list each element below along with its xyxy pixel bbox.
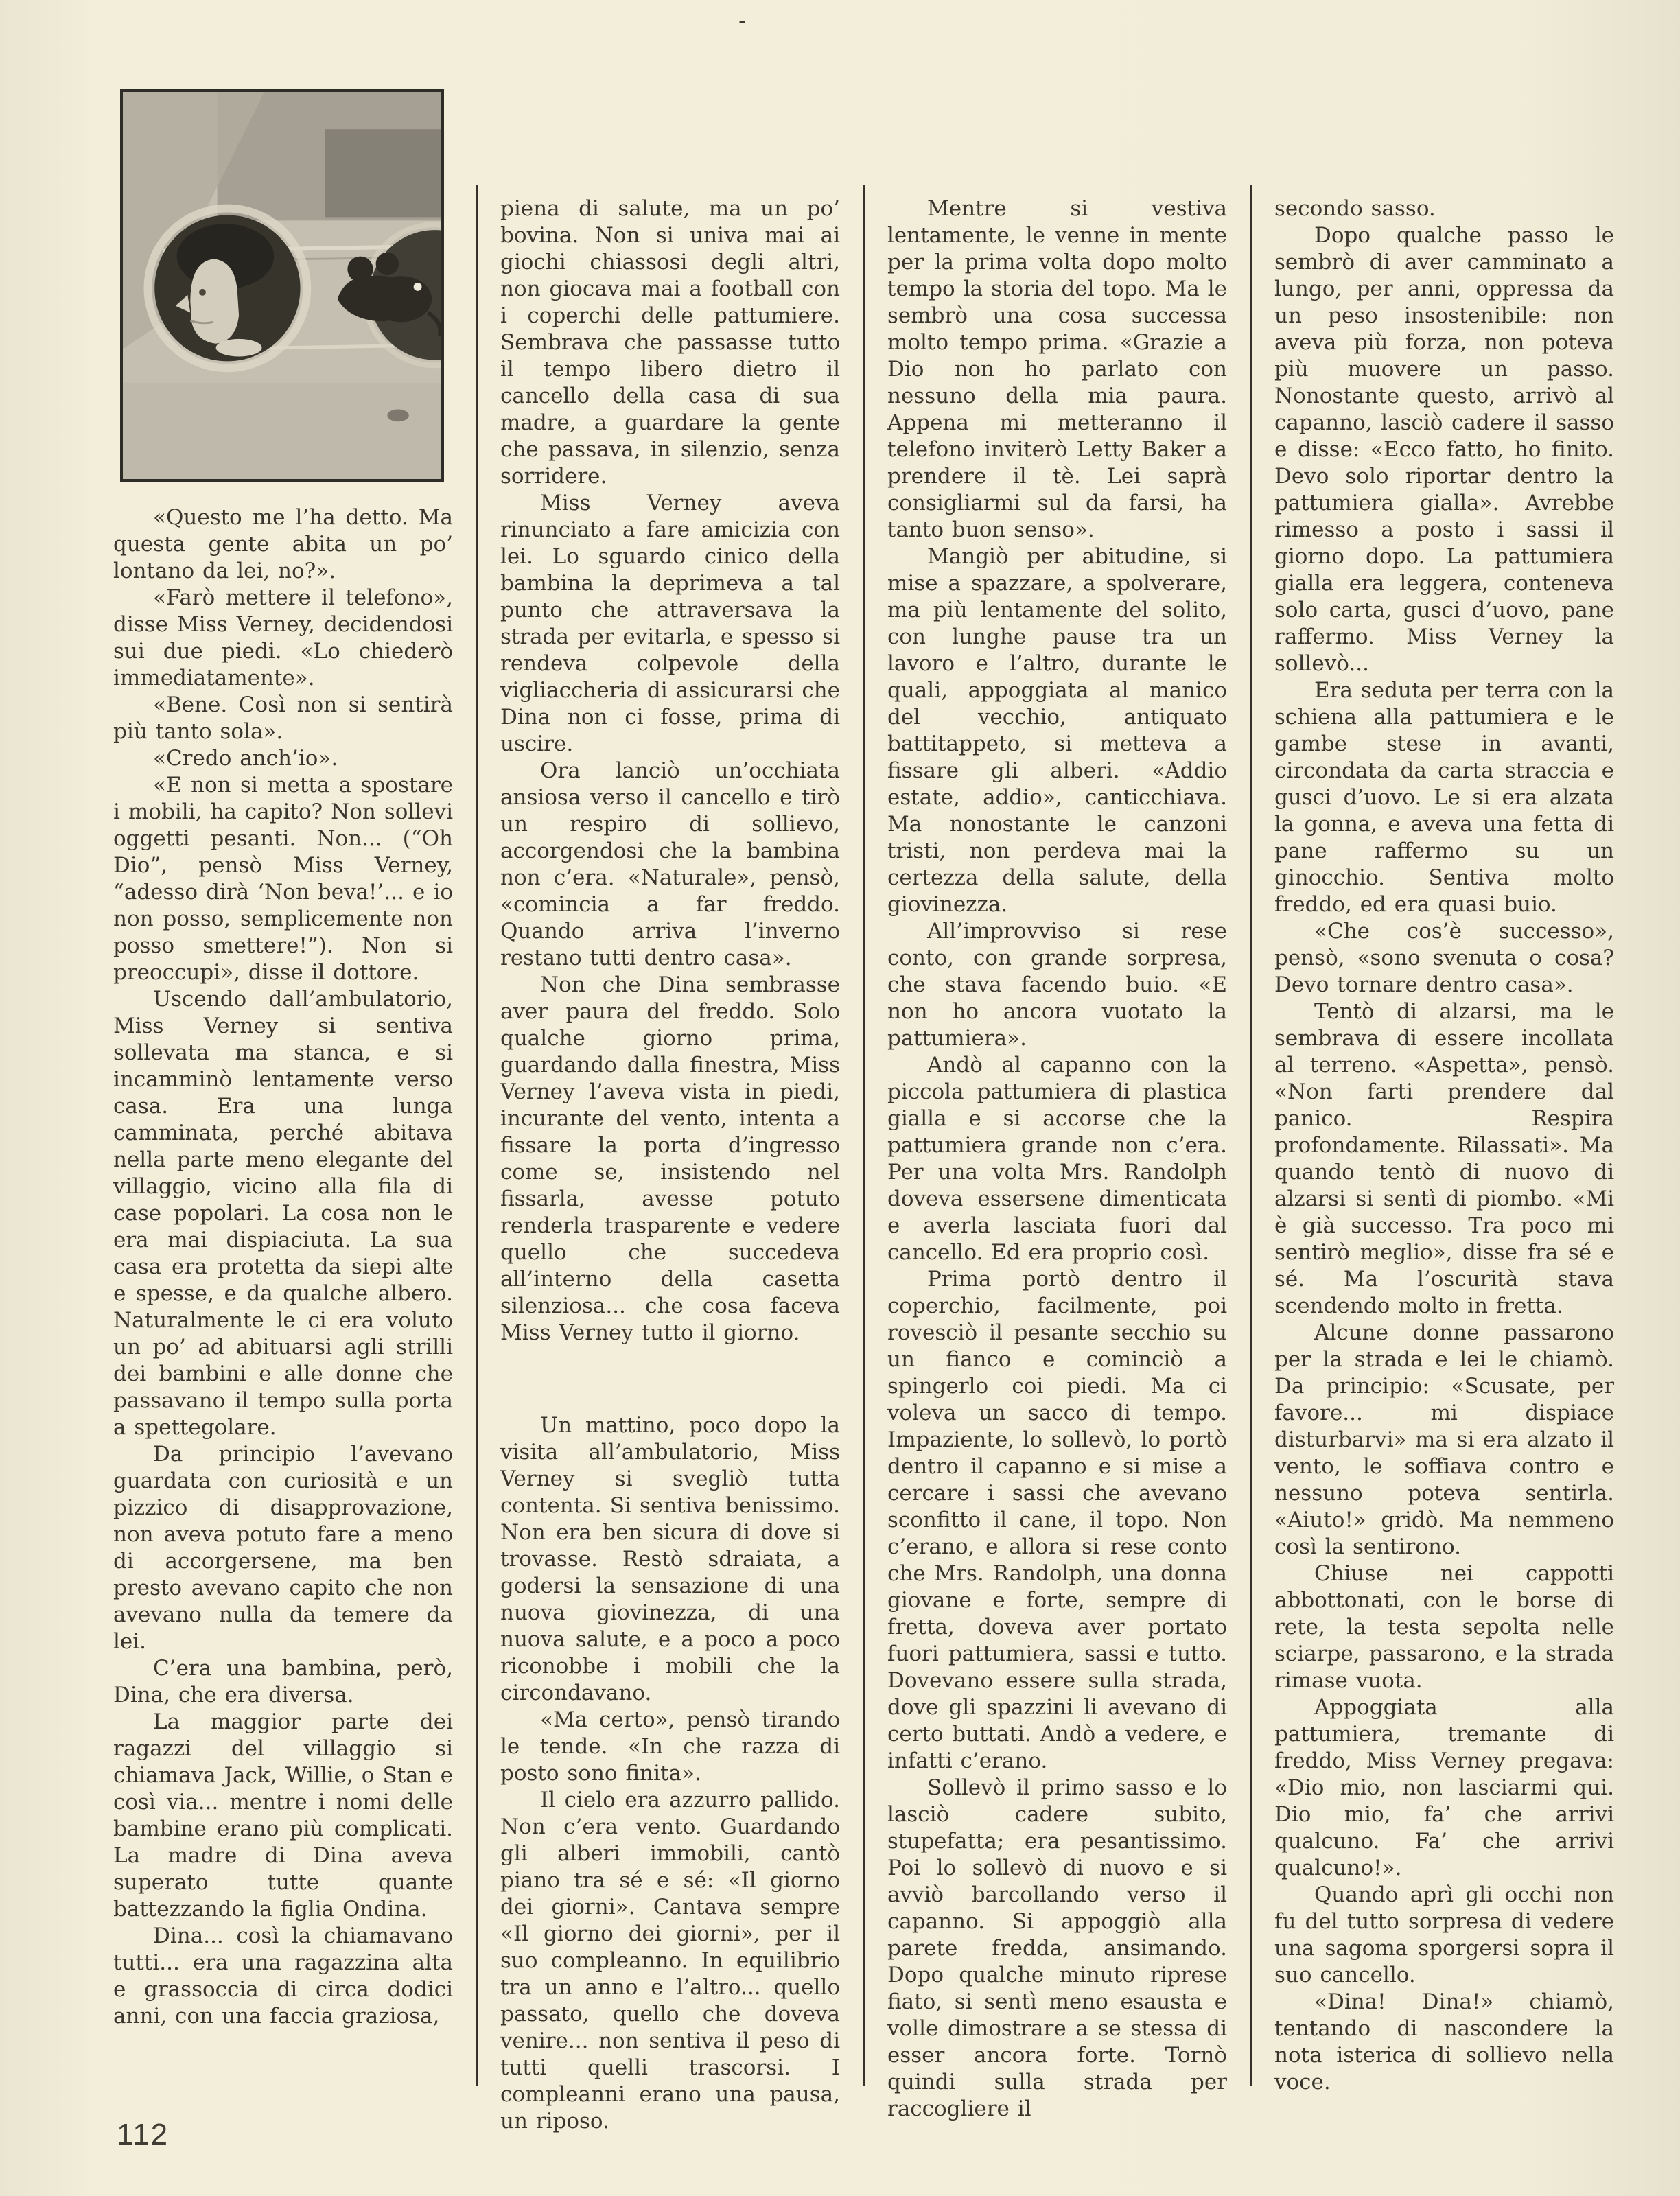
paragraph: Dina... così la chiamavano tutti... era … [113,1923,453,2030]
paragraph: Da principio l’avevano guardata con curi… [113,1441,453,1655]
text-column-3: Mentre si vestiva lentamente, le venne i… [887,196,1227,2123]
paragraph: Miss Verney aveva rinunciato a fare amic… [500,490,840,758]
paragraph: Tentò di alzarsi, ma le sembrava di esse… [1274,998,1614,1320]
text-column-1: «Questo me l’ha detto. Ma questa gente a… [113,504,453,2030]
paragraph: «Credo anch’io». [113,745,453,772]
paragraph: «Farò mettere il telefono», disse Miss V… [113,585,453,692]
magazine-page: - [0,0,1680,2196]
paragraph: Uscendo dall’ambulatorio, Miss Verney si… [113,986,453,1441]
paragraph: «Questo me l’ha detto. Ma questa gente a… [113,504,453,585]
paragraph: «E non si metta a spostare i mobili, ha … [113,772,453,986]
paragraph: Quando aprì gli occhi non fu del tutto s… [1274,1882,1614,1989]
paragraph: Il cielo era azzurro pallido. Non c’era … [500,1787,840,2135]
paragraph: «Che cos’è successo», pensò, «sono svenu… [1274,918,1614,998]
paragraph: Appoggiata alla pattumiera, tremante di … [1274,1694,1614,1882]
paragraph: Mentre si vestiva lentamente, le venne i… [887,196,1227,544]
paragraph: secondo sasso. [1274,196,1614,222]
text-column-4: secondo sasso.Dopo qualche passo le semb… [1274,196,1614,2096]
column-divider-3 [1250,185,1252,2086]
paragraph: Dopo qualche passo le sembrò di aver cam… [1274,222,1614,677]
print-registration-mark: - [738,7,747,34]
paragraph: Prima portò dentro il coperchio, facilme… [887,1266,1227,1775]
paragraph: Non che Dina sembrasse aver paura del fr… [500,972,840,1346]
paragraph: Chiuse nei cappotti abbottonati, con le … [1274,1561,1614,1694]
photo-illustration [123,92,441,479]
paragraph: Sollevò il primo sasso e lo lasciò cader… [887,1775,1227,2123]
paragraph: All’improvviso si rese conto, con grande… [887,918,1227,1052]
column-divider-1 [476,185,478,2086]
paragraph: Andò al capanno con la piccola pattumier… [887,1052,1227,1266]
paragraph: Era seduta per terra con la schiena alla… [1274,677,1614,918]
paragraph: Un mattino, poco dopo la visita all’ambu… [500,1412,840,1707]
column-divider-2 [863,185,865,2086]
paragraph: La maggior parte dei ragazzi del villagg… [113,1709,453,1923]
paragraph: Mangiò per abitudine, si mise a spazzare… [887,544,1227,918]
page-number: 112 [117,2118,169,2152]
paragraph: «Ma certo», pensò tirando le tende. «In … [500,1707,840,1787]
text-column-2: piena di salute, ma un po’ bovina. Non s… [500,196,840,2135]
paragraph: Ora lanciò un’occhiata ansiosa verso il … [500,758,840,972]
paragraph: C’era una bambina, però, Dina, che era d… [113,1655,453,1709]
paragraph: «Dina! Dina!» chiamò, tentando di nascon… [1274,1989,1614,2096]
paragraph: piena di salute, ma un po’ bovina. Non s… [500,196,840,490]
story-photo [120,89,444,482]
paragraph: «Bene. Così non si sentirà più tanto sol… [113,692,453,745]
paragraph: Alcune donne passarono per la strada e l… [1274,1320,1614,1561]
